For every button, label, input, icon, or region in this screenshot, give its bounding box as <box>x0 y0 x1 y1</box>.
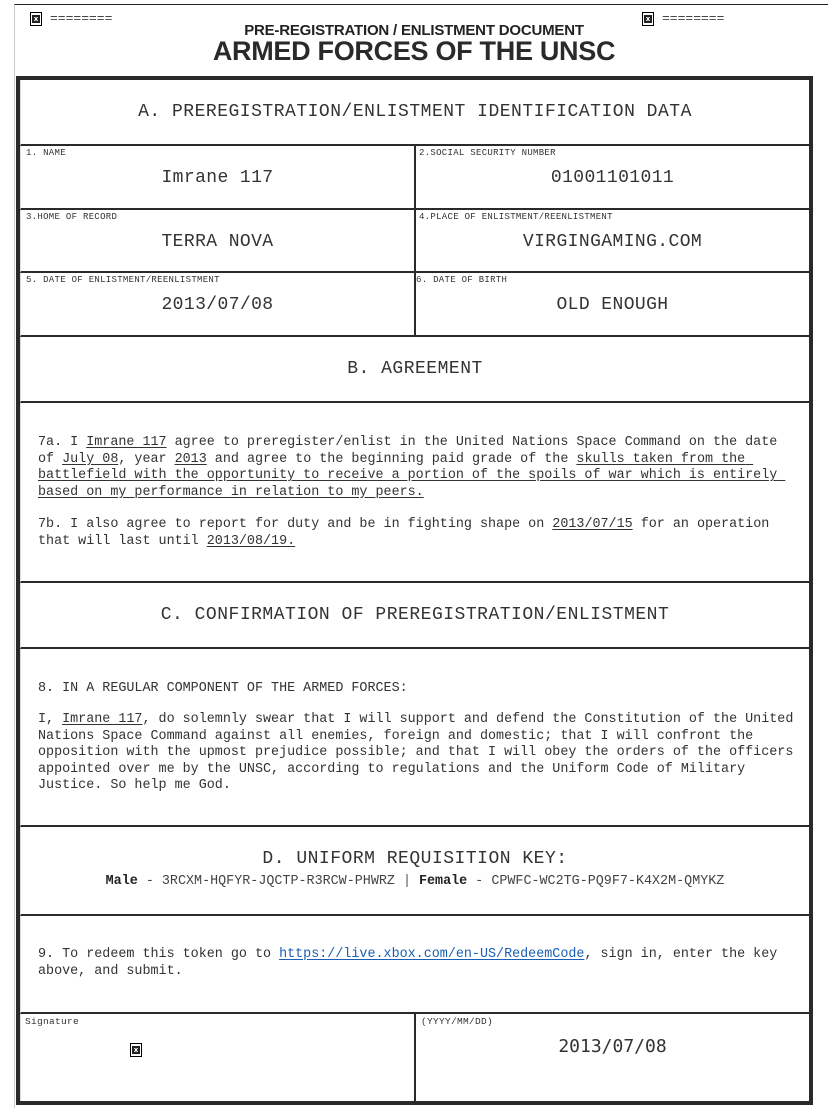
key-separator: | <box>403 874 411 889</box>
broken-image-icon: x <box>130 1043 142 1057</box>
p7a-date: July 08 <box>62 452 118 467</box>
signature-date-label: (YYYY/MM/DD) <box>421 1016 493 1027</box>
p7a-text-4: and agree to the beginning paid grade of… <box>207 452 577 467</box>
p7a-year: 2013 <box>175 452 207 467</box>
signature-label: Signature <box>25 1016 79 1027</box>
place-of-enlistment-field: 4.PLACE OF ENLISTMENT/REENLISTMENT VIRGI… <box>416 210 809 271</box>
place-of-enlistment-value: VIRGINGAMING.COM <box>416 232 809 252</box>
section-b-title: B. AGREEMENT <box>347 359 483 379</box>
redeem-text-1: 9. To redeem this token go to <box>38 947 279 962</box>
section-d-title: D. UNIFORM REQUISITION KEY: <box>262 849 567 869</box>
p7b-start-date: 2013/07/15 <box>552 517 632 532</box>
section-a-title: A. PREREGISTRATION/ENLISTMENT IDENTIFICA… <box>138 102 692 122</box>
paragraph-7a: 7a. I Imrane 117 agree to preregister/en… <box>38 435 795 501</box>
date-of-enlistment-field: 5. DATE OF ENLISTMENT/REENLISTMENT 2013/… <box>21 273 416 335</box>
section-b-header: B. AGREEMENT <box>20 337 809 403</box>
section-d-header: D. UNIFORM REQUISITION KEY: <box>21 849 809 869</box>
agreement-body: 7a. I Imrane 117 agree to preregister/en… <box>20 403 809 583</box>
p7b-end-date: 2013/08/19. <box>207 534 295 549</box>
paragraph-9: 9. To redeem this token go to https://li… <box>38 947 795 980</box>
signature-date-value: 2013/07/08 <box>416 1036 809 1057</box>
oath-name: Imrane 117 <box>62 712 142 727</box>
ssn-label: 2.SOCIAL SECURITY NUMBER <box>419 148 556 158</box>
requisition-keys: Male - 3RCXM-HQFYR-JQCTP-R3RCW-PHWRZ|Fem… <box>21 874 809 889</box>
date-of-birth-field: 6. DATE OF BIRTH OLD ENOUGH <box>416 273 809 335</box>
p7a-text-1: 7a. I <box>38 435 86 450</box>
section-a-header: A. PREREGISTRATION/ENLISTMENT IDENTIFICA… <box>20 80 809 146</box>
identification-row-1: 1. NAME Imrane 117 2.SOCIAL SECURITY NUM… <box>20 146 809 210</box>
confirmation-body: 8. IN A REGULAR COMPONENT OF THE ARMED F… <box>20 649 809 827</box>
paragraph-8-title: 8. IN A REGULAR COMPONENT OF THE ARMED F… <box>38 681 795 698</box>
female-key-label: Female <box>419 874 467 889</box>
name-value: Imrane 117 <box>21 168 414 188</box>
redeem-code-link[interactable]: https://live.xbox.com/en-US/RedeemCode <box>279 947 584 962</box>
section-c-header: C. CONFIRMATION OF PREREGISTRATION/ENLIS… <box>20 583 809 649</box>
p7b-text-1: 7b. I also agree to report for duty and … <box>38 517 552 532</box>
paragraph-7b: 7b. I also agree to report for duty and … <box>38 517 795 550</box>
home-of-record-value: TERRA NOVA <box>21 232 414 252</box>
name-field: 1. NAME Imrane 117 <box>21 146 416 208</box>
redeem-instructions: 9. To redeem this token go to https://li… <box>20 916 809 1014</box>
female-key[interactable]: CPWFC-WC2TG-PQ9F7-K4X2M-QMYKZ <box>491 874 724 889</box>
section-c-title: C. CONFIRMATION OF PREREGISTRATION/ENLIS… <box>161 605 670 625</box>
oath-text-1: I, <box>38 712 62 727</box>
section-d: D. UNIFORM REQUISITION KEY: Male - 3RCXM… <box>20 827 809 916</box>
p7a-name: Imrane 117 <box>86 435 166 450</box>
signature-field: Signature x <box>21 1014 416 1101</box>
enlistment-form: A. PREREGISTRATION/ENLISTMENT IDENTIFICA… <box>16 76 813 1105</box>
oath-text-2: , do solemnly swear that I will support … <box>38 712 801 793</box>
date-of-enlistment-label: 5. DATE OF ENLISTMENT/REENLISTMENT <box>26 275 220 285</box>
home-of-record-label: 3.HOME OF RECORD <box>26 212 117 222</box>
male-key-label: Male <box>106 874 138 889</box>
document-title: ARMED FORCES OF THE UNSC <box>0 36 828 67</box>
date-of-enlistment-value: 2013/07/08 <box>21 295 414 315</box>
signature-row: Signature x (YYYY/MM/DD) 2013/07/08 <box>20 1014 809 1101</box>
place-of-enlistment-label: 4.PLACE OF ENLISTMENT/REENLISTMENT <box>419 212 613 222</box>
p7a-text-3: , year <box>118 452 174 467</box>
identification-row-2: 3.HOME OF RECORD TERRA NOVA 4.PLACE OF E… <box>20 210 809 273</box>
male-key[interactable]: 3RCXM-HQFYR-JQCTP-R3RCW-PHWRZ <box>162 874 395 889</box>
identification-row-3: 5. DATE OF ENLISTMENT/REENLISTMENT 2013/… <box>20 273 809 337</box>
home-of-record-field: 3.HOME OF RECORD TERRA NOVA <box>21 210 416 271</box>
signature-date-field: (YYYY/MM/DD) 2013/07/08 <box>416 1014 809 1101</box>
ssn-value: 01001101011 <box>416 168 809 188</box>
female-dash: - <box>467 874 491 889</box>
male-dash: - <box>138 874 162 889</box>
oath-text: I, Imrane 117, do solemnly swear that I … <box>38 712 795 795</box>
name-label: 1. NAME <box>26 148 66 158</box>
date-of-birth-value: OLD ENOUGH <box>416 295 809 315</box>
ssn-field: 2.SOCIAL SECURITY NUMBER 01001101011 <box>416 146 809 208</box>
date-of-birth-label: 6. DATE OF BIRTH <box>416 275 507 285</box>
